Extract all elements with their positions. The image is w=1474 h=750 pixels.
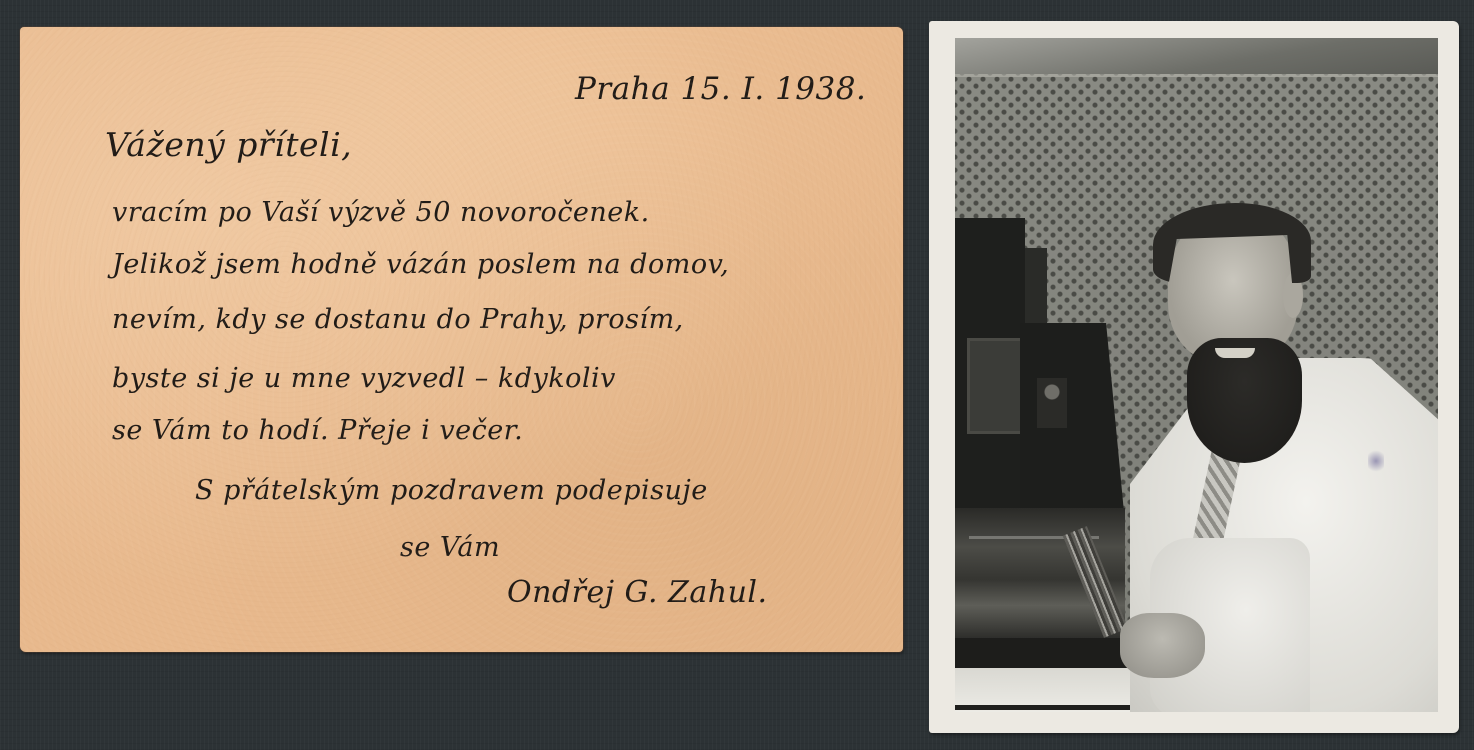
postcard-closing-line: se Vám — [400, 532, 500, 563]
postcard-closing-line: S přátelským pozdravem podepisuje — [195, 475, 708, 506]
album-mount: Praha 15. I. 1938. Vážený příteli, vrací… — [0, 0, 1474, 750]
postcard-body-line: Jelikož jsem hodně vázán poslem na domov… — [112, 249, 729, 280]
postcard-signature: Ondřej G. Zahul. — [507, 575, 768, 610]
postcard-body-line: byste si je u mne vyzvedl – kdykoliv — [112, 363, 616, 394]
postcard-greeting: Vážený příteli, — [105, 125, 352, 164]
photograph-print — [929, 21, 1459, 733]
small-portrait-painting — [1037, 378, 1067, 428]
table-edge-line — [955, 705, 1145, 710]
ceiling-molding — [955, 74, 1438, 77]
man-smile — [1215, 348, 1255, 358]
framed-painting — [967, 338, 1023, 434]
hands-holding-brushes — [1120, 613, 1205, 678]
postcard-body-line: se Vám to hodí. Přeje i večer. — [112, 415, 523, 446]
postcard-body-line: vracím po Vaší výzvě 50 novoročenek. — [112, 197, 650, 228]
ceiling-corner — [955, 38, 1438, 74]
postcard-date: Praha 15. I. 1938. — [575, 71, 866, 107]
handwritten-postcard: Praha 15. I. 1938. Vážený příteli, vrací… — [20, 27, 903, 652]
table-shadow — [955, 638, 1135, 668]
postcard-body-line: nevím, kdy se dostanu do Prahy, prosím, — [112, 304, 684, 335]
ink-stamp-mark — [1368, 448, 1384, 474]
portrait-photo — [955, 38, 1438, 712]
